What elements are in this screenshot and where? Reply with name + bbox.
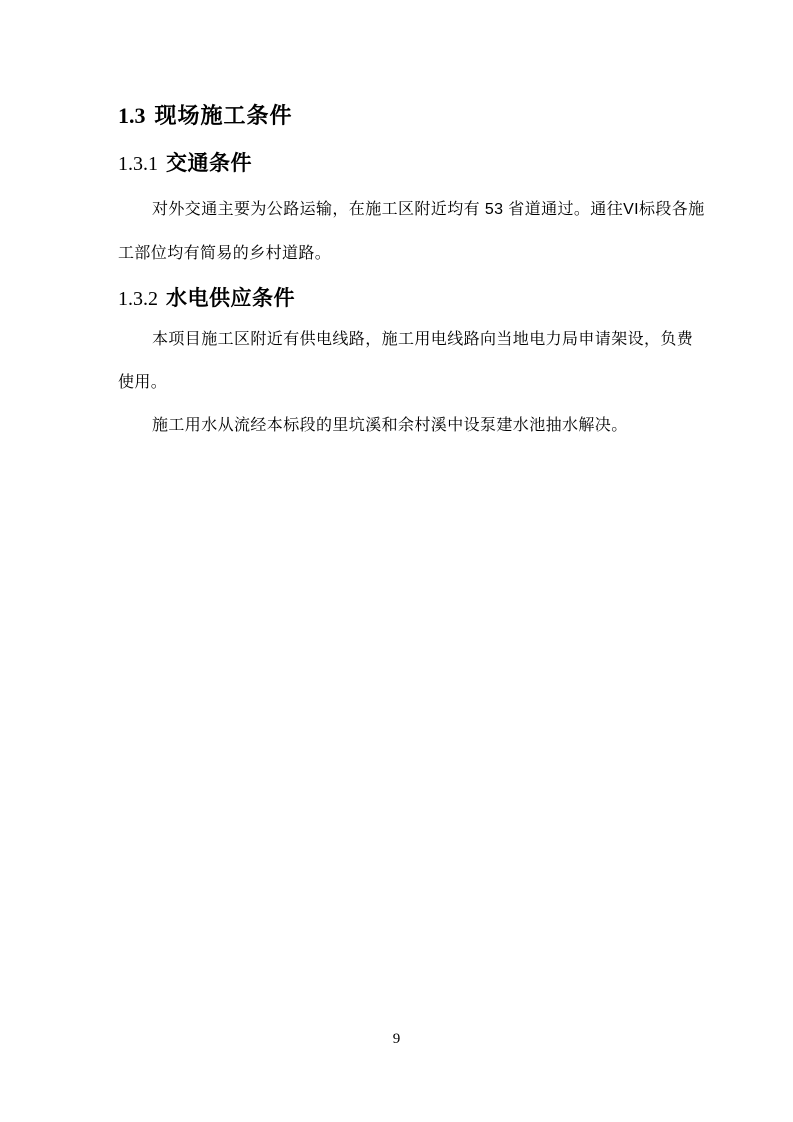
paragraph-line: 工部位均有简易的乡村道路。 [118,243,331,264]
page-number: 9 [0,1030,793,1048]
subsection-heading-1-3-1: 1.3.1交通条件 [118,150,252,177]
paragraph-line: 使用。 [118,372,167,393]
heading-number: 1.3.2 [118,288,158,310]
heading-number: 1.3 [118,103,146,128]
paragraph-line: 对外交通主要为公路运输，在施工区附近均有 53 省道通过。通往VI标段各施 [152,199,705,220]
paragraph-line: 施工用水从流经本标段的里坑溪和余村溪中设泵建水池抽水解决。 [152,415,628,436]
heading-title: 水电供应条件 [166,287,295,310]
heading-title: 现场施工条件 [155,103,293,128]
subsection-heading-1-3-2: 1.3.2水电供应条件 [118,285,295,312]
heading-title: 交通条件 [166,152,252,175]
heading-number: 1.3.1 [118,153,158,175]
paragraph-line: 本项目施工区附近有供电线路，施工用电线路向当地电力局申请架设，负费 [152,329,693,350]
section-heading-1-3: 1.3现场施工条件 [118,102,293,130]
document-page: 1.3现场施工条件 1.3.1交通条件 对外交通主要为公路运输，在施工区附近均有… [0,0,793,1122]
